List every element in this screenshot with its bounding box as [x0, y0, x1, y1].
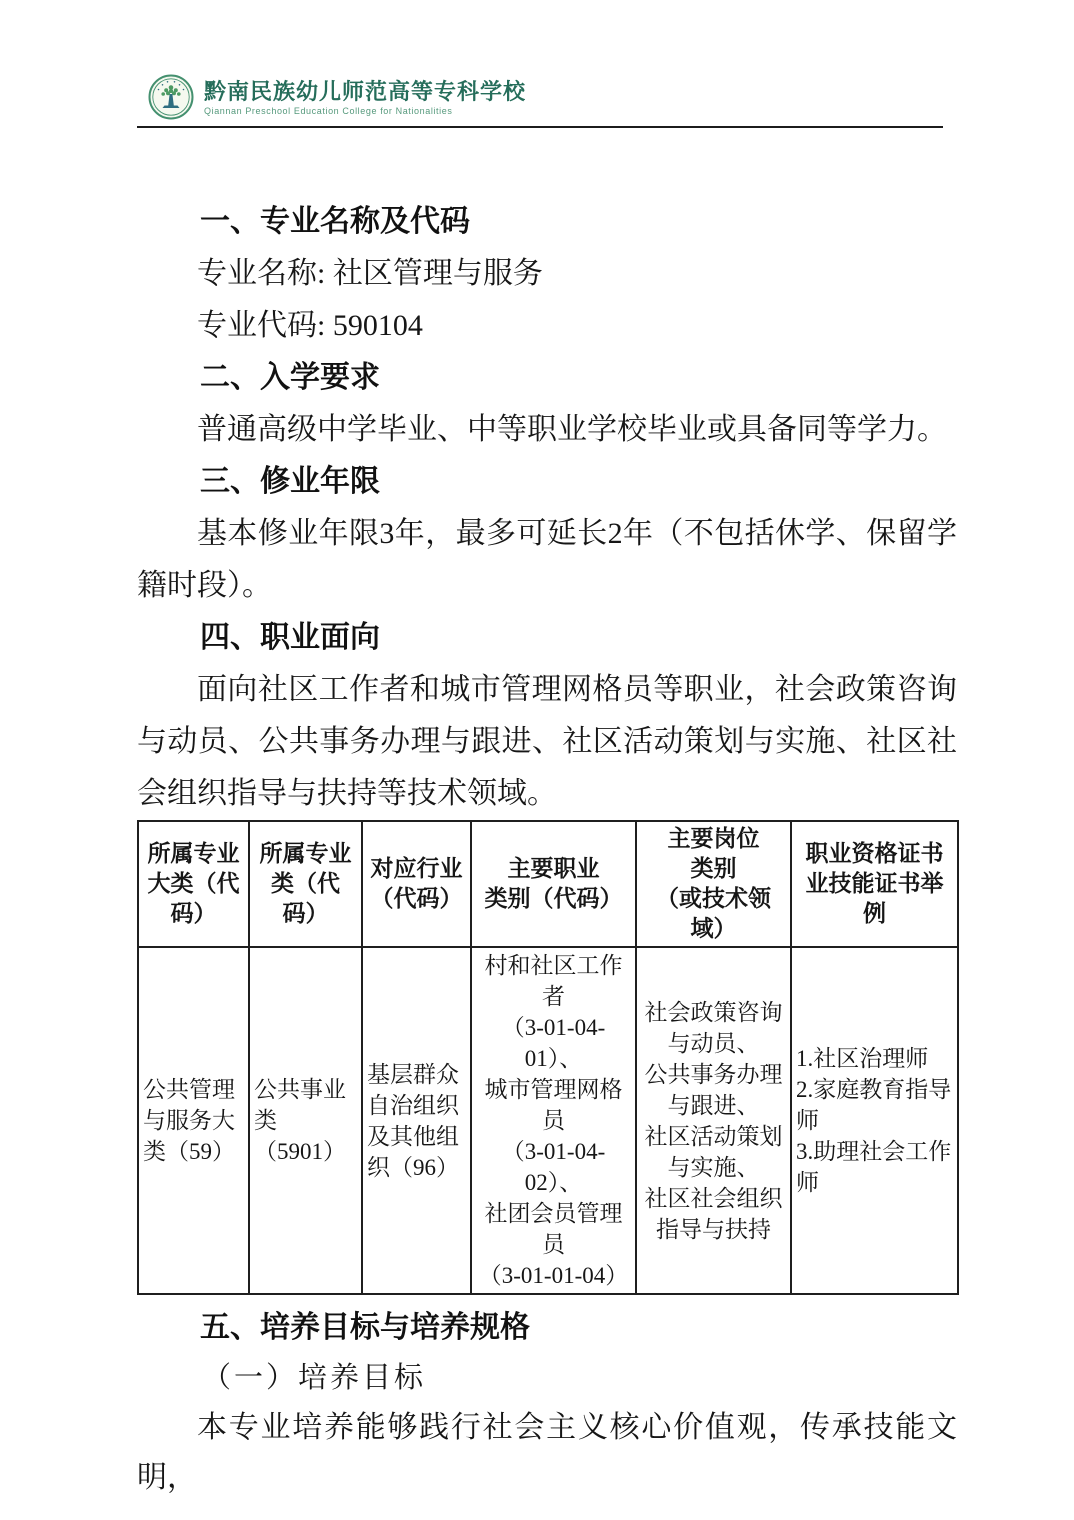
cell-major-class: 公共事业 类（5901）	[249, 947, 362, 1294]
document-page: 黔南民族幼儿师范高等专科学校 Qiannan Preschool Educati…	[0, 0, 1074, 1520]
school-logo-icon	[148, 74, 194, 120]
section-2-body: 普通高级中学毕业、中等职业学校毕业或具备同等学力。	[137, 404, 957, 456]
section-4-body: 面向社区工作者和城市管理网格员等职业，社会政策咨询与动员、公共事务办理与跟进、社…	[137, 664, 957, 820]
school-brand: 黔南民族幼儿师范高等专科学校 Qiannan Preschool Educati…	[137, 74, 957, 120]
section-5-sub1-title: （一）培养目标	[137, 1353, 957, 1403]
th-occupation-class: 主要职业 类别（代码）	[471, 821, 636, 947]
section-1-title: 一、专业名称及代码	[137, 196, 957, 248]
section-5-title: 五、培养目标与培养规格	[137, 1303, 957, 1353]
page-header: 黔南民族幼儿师范高等专科学校 Qiannan Preschool Educati…	[137, 74, 957, 120]
occupation-table-row: 公共管理 与服务大 类（59） 公共事业 类（5901） 基层群众 自治组织 及…	[138, 947, 958, 1294]
section-2-title: 二、入学要求	[137, 352, 957, 404]
section-4-title: 四、职业面向	[137, 612, 957, 664]
section-3-body: 基本修业年限3年，最多可延长2年（不包括休学、保留学籍时段）。	[137, 508, 957, 612]
th-industry: 对应行业 （代码）	[362, 821, 471, 947]
cell-industry: 基层群众 自治组织 及其他组 织（96）	[362, 947, 471, 1294]
major-name-line: 专业名称: 社区管理与服务	[137, 248, 957, 300]
cell-major-category: 公共管理 与服务大 类（59）	[138, 947, 249, 1294]
school-name-zh: 黔南民族幼儿师范高等专科学校	[204, 80, 526, 104]
occupation-table: 所属专业 大类（代 码） 所属专业 类（代码） 对应行业 （代码） 主要职业 类…	[137, 820, 959, 1295]
th-major-category: 所属专业 大类（代 码）	[138, 821, 249, 947]
th-post-class: 主要岗位 类别 （或技术领域）	[636, 821, 791, 947]
school-name-en: Qiannan Preschool Education College for …	[204, 106, 526, 117]
th-certificates: 职业资格证书 业技能证书举例	[791, 821, 958, 947]
cell-certificates: 1.社区治理师 2.家庭教育指导 师 3.助理社会工作 师	[791, 947, 958, 1294]
section-5-body: 本专业培养能够践行社会主义核心价值观，传承技能文明，	[137, 1403, 957, 1503]
cell-post-class: 社会政策咨询 与动员、 公共事务办理 与跟进、 社区活动策划 与实施、 社区社会…	[636, 947, 791, 1294]
occupation-table-header-row: 所属专业 大类（代 码） 所属专业 类（代码） 对应行业 （代码） 主要职业 类…	[138, 821, 958, 947]
document-body: 一、专业名称及代码 专业名称: 社区管理与服务 专业代码: 590104 二、入…	[137, 196, 957, 1503]
major-code-line: 专业代码: 590104	[137, 300, 957, 352]
cell-occupation-class: 村和社区工作者 （3-01-04-01）、 城市管理网格员 （3-01-04-0…	[471, 947, 636, 1294]
school-names: 黔南民族幼儿师范高等专科学校 Qiannan Preschool Educati…	[204, 74, 526, 117]
section-3-title: 三、修业年限	[137, 456, 957, 508]
header-divider	[137, 126, 943, 128]
th-major-class: 所属专业 类（代码）	[249, 821, 362, 947]
